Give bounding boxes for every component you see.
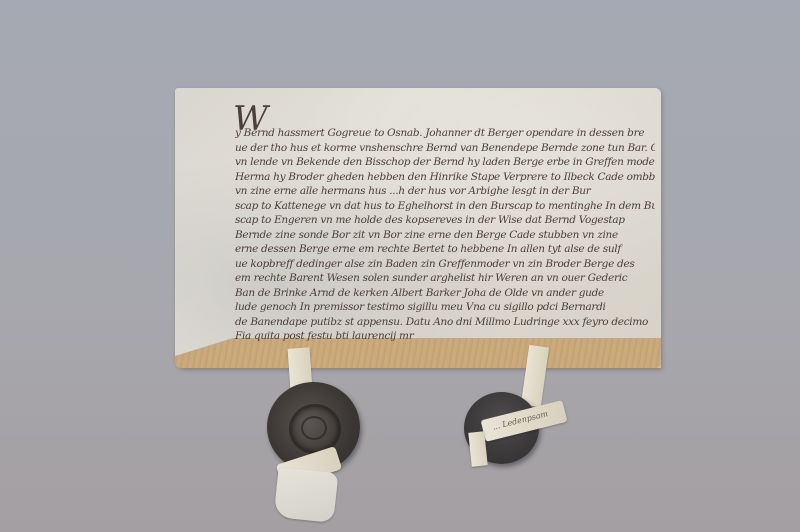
text-line: vn zine erne alle hermans hus ...h der h…: [235, 184, 655, 199]
text-line: lude genoch In premissor testimo sigillu…: [235, 300, 655, 315]
right-seal-tag-fold: [468, 431, 487, 466]
text-line: scap to Engeren vn me holde des kopserev…: [235, 213, 655, 228]
text-line: ue kopbreff dedinger alse zin Baden zin …: [235, 257, 655, 272]
text-line: Bernde zine sonde Bor zit vn Bor zine er…: [235, 228, 655, 243]
text-line: y Bernd hassmert Gogreue to Osnab. Johan…: [235, 126, 655, 141]
text-line: em rechte Barent Wesen solen sunder argh…: [235, 271, 655, 286]
text-line: scap to Kattenege vn dat hus to Eghelhor…: [235, 199, 655, 214]
parchment-charter: W y Bernd hassmert Gogreue to Osnab. Joh…: [175, 88, 661, 368]
left-seal-tag-tail: [274, 467, 339, 523]
text-line: de Banendape putibz st appensu. Datu Ano…: [235, 315, 655, 330]
handwritten-text: y Bernd hassmert Gogreue to Osnab. Johan…: [235, 126, 655, 344]
text-line: Herma hy Broder gheden hebben den Hinrik…: [235, 170, 655, 185]
charter-photograph: W y Bernd hassmert Gogreue to Osnab. Joh…: [0, 0, 800, 532]
seal-emblem-inner: [301, 416, 327, 440]
text-line: Ban de Brinke Arnd de kerken Albert Bark…: [235, 286, 655, 301]
text-line: vn lende vn Bekende den Bisschop der Ber…: [235, 155, 655, 170]
text-line: ue der tho hus et korme vnshenschre Bern…: [235, 141, 655, 156]
text-line: erne dessen Berge erne em rechte Bertet …: [235, 242, 655, 257]
text-line: Fia quita post festu bti laurencij mr: [235, 329, 655, 344]
